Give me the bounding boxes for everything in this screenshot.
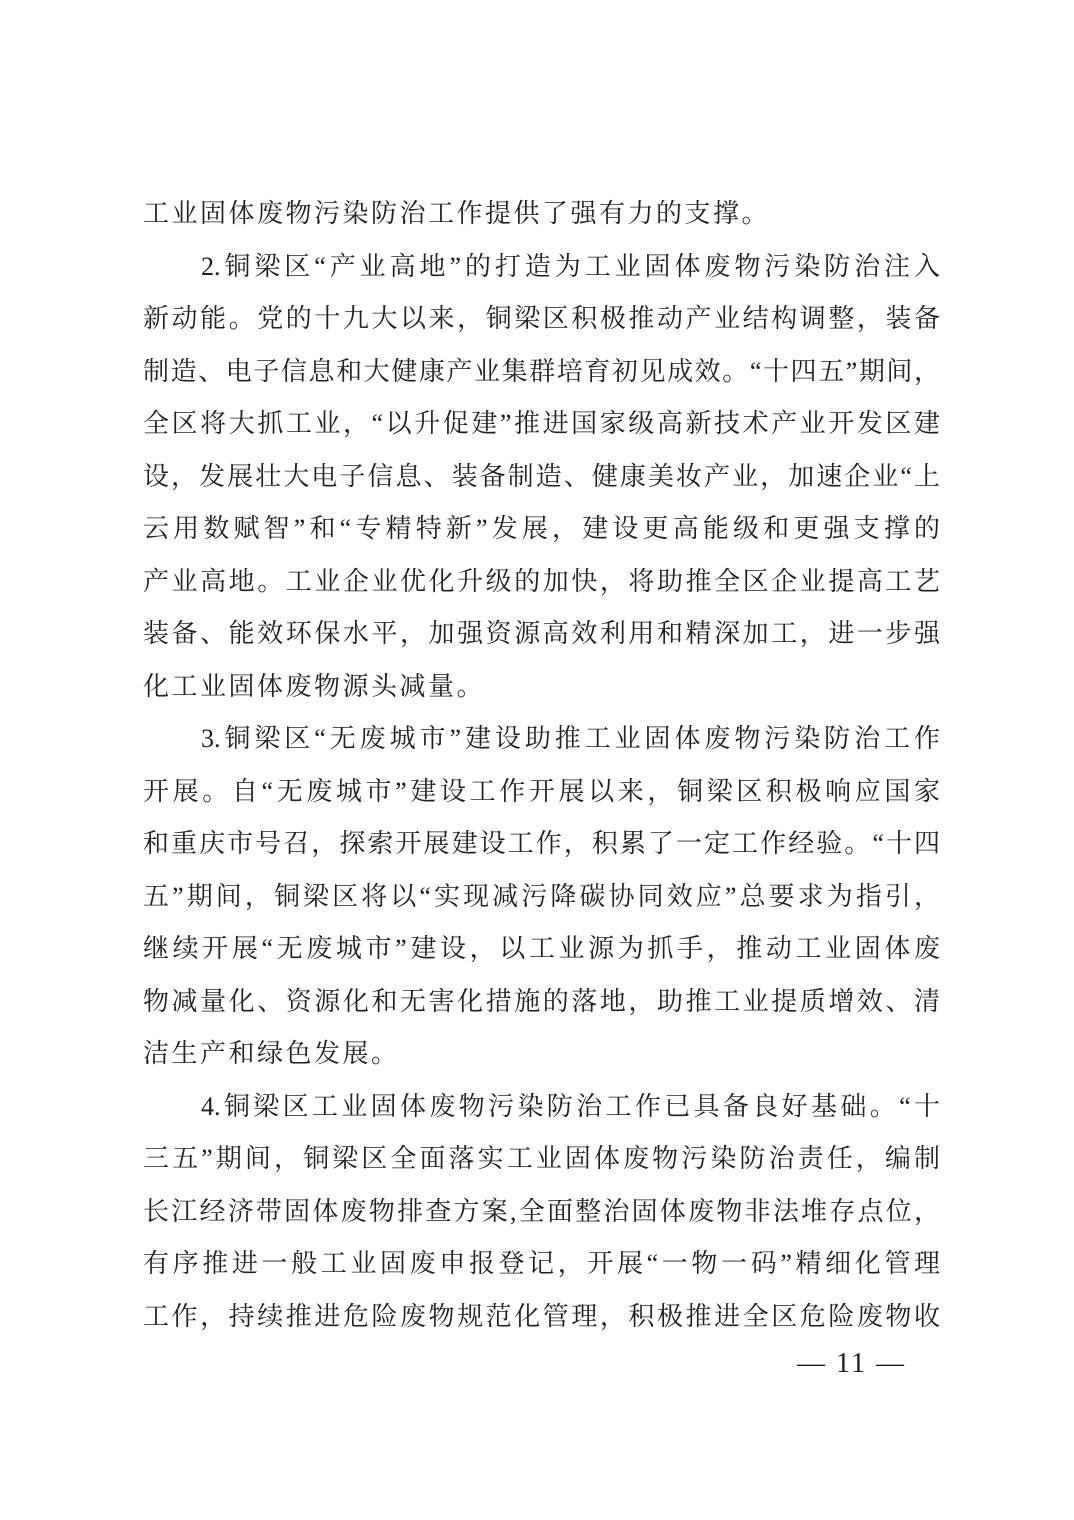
text-line: 有序推进一般工业固废申报登记，开展“一物一码”精细化管理 [143,1238,940,1291]
text-line: 装备、能效环保水平，加强资源高效利用和精深加工，进一步强 [143,608,940,661]
text-line: 工业固体废物污染防治工作提供了强有力的支撑。 [143,188,940,241]
text-line: 五”期间，铜梁区将以“实现减污降碳协同效应”总要求为指引， [143,871,940,924]
document-page: 工业固体废物污染防治工作提供了强有力的支撑。2.铜梁区“产业高地”的打造为工业固… [0,0,1074,1520]
text-line: 和重庆市号召，探索开展建设工作，积累了一定工作经验。“十四 [143,818,940,871]
text-line: 4.铜梁区工业固体废物污染防治工作已具备良好基础。“十 [143,1081,940,1134]
text-line: 2.铜梁区“产业高地”的打造为工业固体废物污染防治注入 [143,241,940,294]
text-block: 工业固体废物污染防治工作提供了强有力的支撑。2.铜梁区“产业高地”的打造为工业固… [143,188,940,1343]
text-line: 3.铜梁区“无废城市”建设助推工业固体废物污染防治工作 [143,713,940,766]
text-line: 产业高地。工业企业优化升级的加快，将助推全区企业提高工艺 [143,556,940,609]
text-line: 工作，持续推进危险废物规范化管理，积极推进全区危险废物收 [143,1291,940,1344]
text-line: 三五”期间，铜梁区全面落实工业固体废物污染防治责任，编制 [143,1133,940,1186]
text-line: 化工业固体废物源头减量。 [143,661,940,714]
text-line: 洁生产和绿色发展。 [143,1028,940,1081]
text-line: 新动能。党的十九大以来，铜梁区积极推动产业结构调整，装备 [143,293,940,346]
text-line: 云用数赋智”和“专精特新”发展，建设更高能级和更强支撑的 [143,503,940,556]
page-number: — 11 — [797,1346,906,1382]
text-line: 开展。自“无废城市”建设工作开展以来，铜梁区积极响应国家 [143,766,940,819]
text-line: 物减量化、资源化和无害化措施的落地，助推工业提质增效、清 [143,976,940,1029]
text-line: 制造、电子信息和大健康产业集群培育初见成效。“十四五”期间， [143,346,940,399]
text-line: 设，发展壮大电子信息、装备制造、健康美妆产业，加速企业“上 [143,451,940,504]
text-line: 继续开展“无废城市”建设，以工业源为抓手，推动工业固体废 [143,923,940,976]
text-line: 长江经济带固体废物排查方案,全面整治固体废物非法堆存点位， [143,1186,940,1239]
text-line: 全区将大抓工业，“以升促建”推进国家级高新技术产业开发区建 [143,398,940,451]
